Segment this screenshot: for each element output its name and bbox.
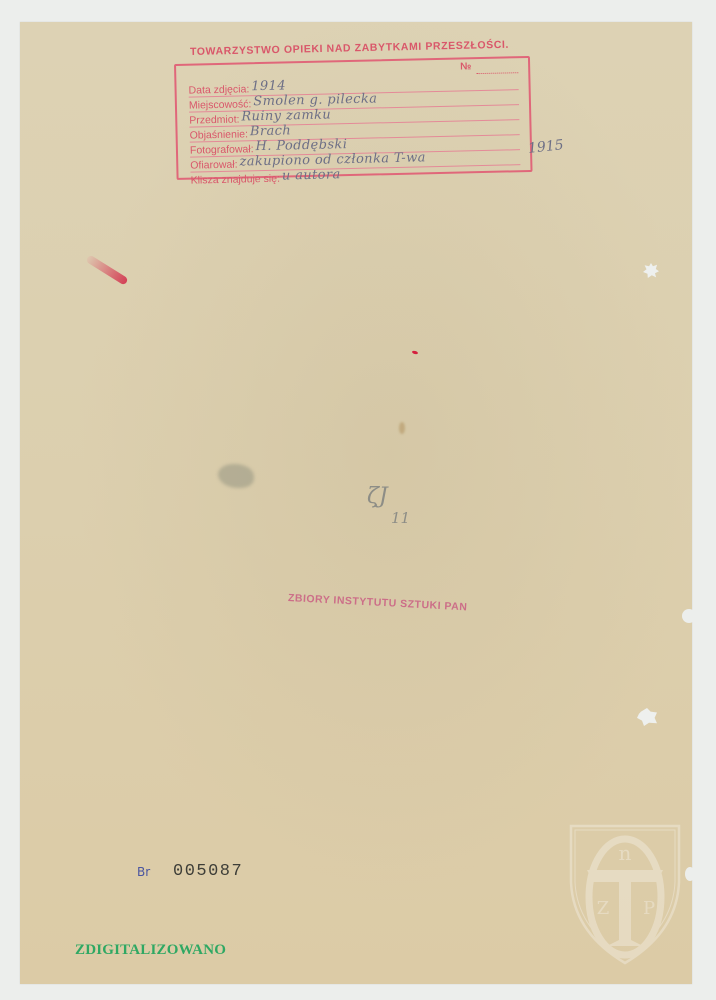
document-page: TOWARZYSTWO OPIEKI NAD ZABYTKAMI PRZESZŁ… [20,22,692,984]
stain-mark [399,422,405,434]
field-value: H. Poddębski [255,138,347,153]
stain-mark [218,464,254,488]
pencil-mark: 11 [391,509,410,527]
catalog-stamp: № Data zdjęcia: 1914 Miejscowość: Smolen… [174,56,533,180]
watermark-shield-icon: n Z P [565,822,685,967]
field-label: Ofiarował: [190,159,240,172]
stamp-title: TOWARZYSTWO OPIEKI NAD ZABYTKAMI PRZESZŁ… [190,39,509,58]
field-value: Ruiny zamku [241,108,331,123]
handwritten-year-note: 1915 [527,137,564,157]
field-value: u autora [282,168,341,182]
field-value: Smolen g. pilecka [253,92,377,108]
collection-stamp: ZBIORY INSTYTUTU SZTUKI PAN [288,592,468,613]
svg-text:P: P [643,898,655,919]
svg-text:Z: Z [597,898,610,919]
svg-text:n: n [619,841,632,865]
inventory-prefix: Br [137,865,150,879]
pencil-mark: ζJ [367,484,388,509]
red-ink-streak [85,254,128,285]
edge-notch [682,609,696,623]
field-label: Klisza znajduje się: [191,173,283,187]
digitized-stamp: ZDIGITALIZOWANO [75,942,226,959]
stamp-number-label: № [460,61,471,72]
edge-notch [685,867,695,881]
inventory-number: 005087 [173,862,243,881]
red-ink-dot [412,350,419,354]
field-value: Brach [250,124,291,138]
field-value: 1914 [251,79,286,93]
